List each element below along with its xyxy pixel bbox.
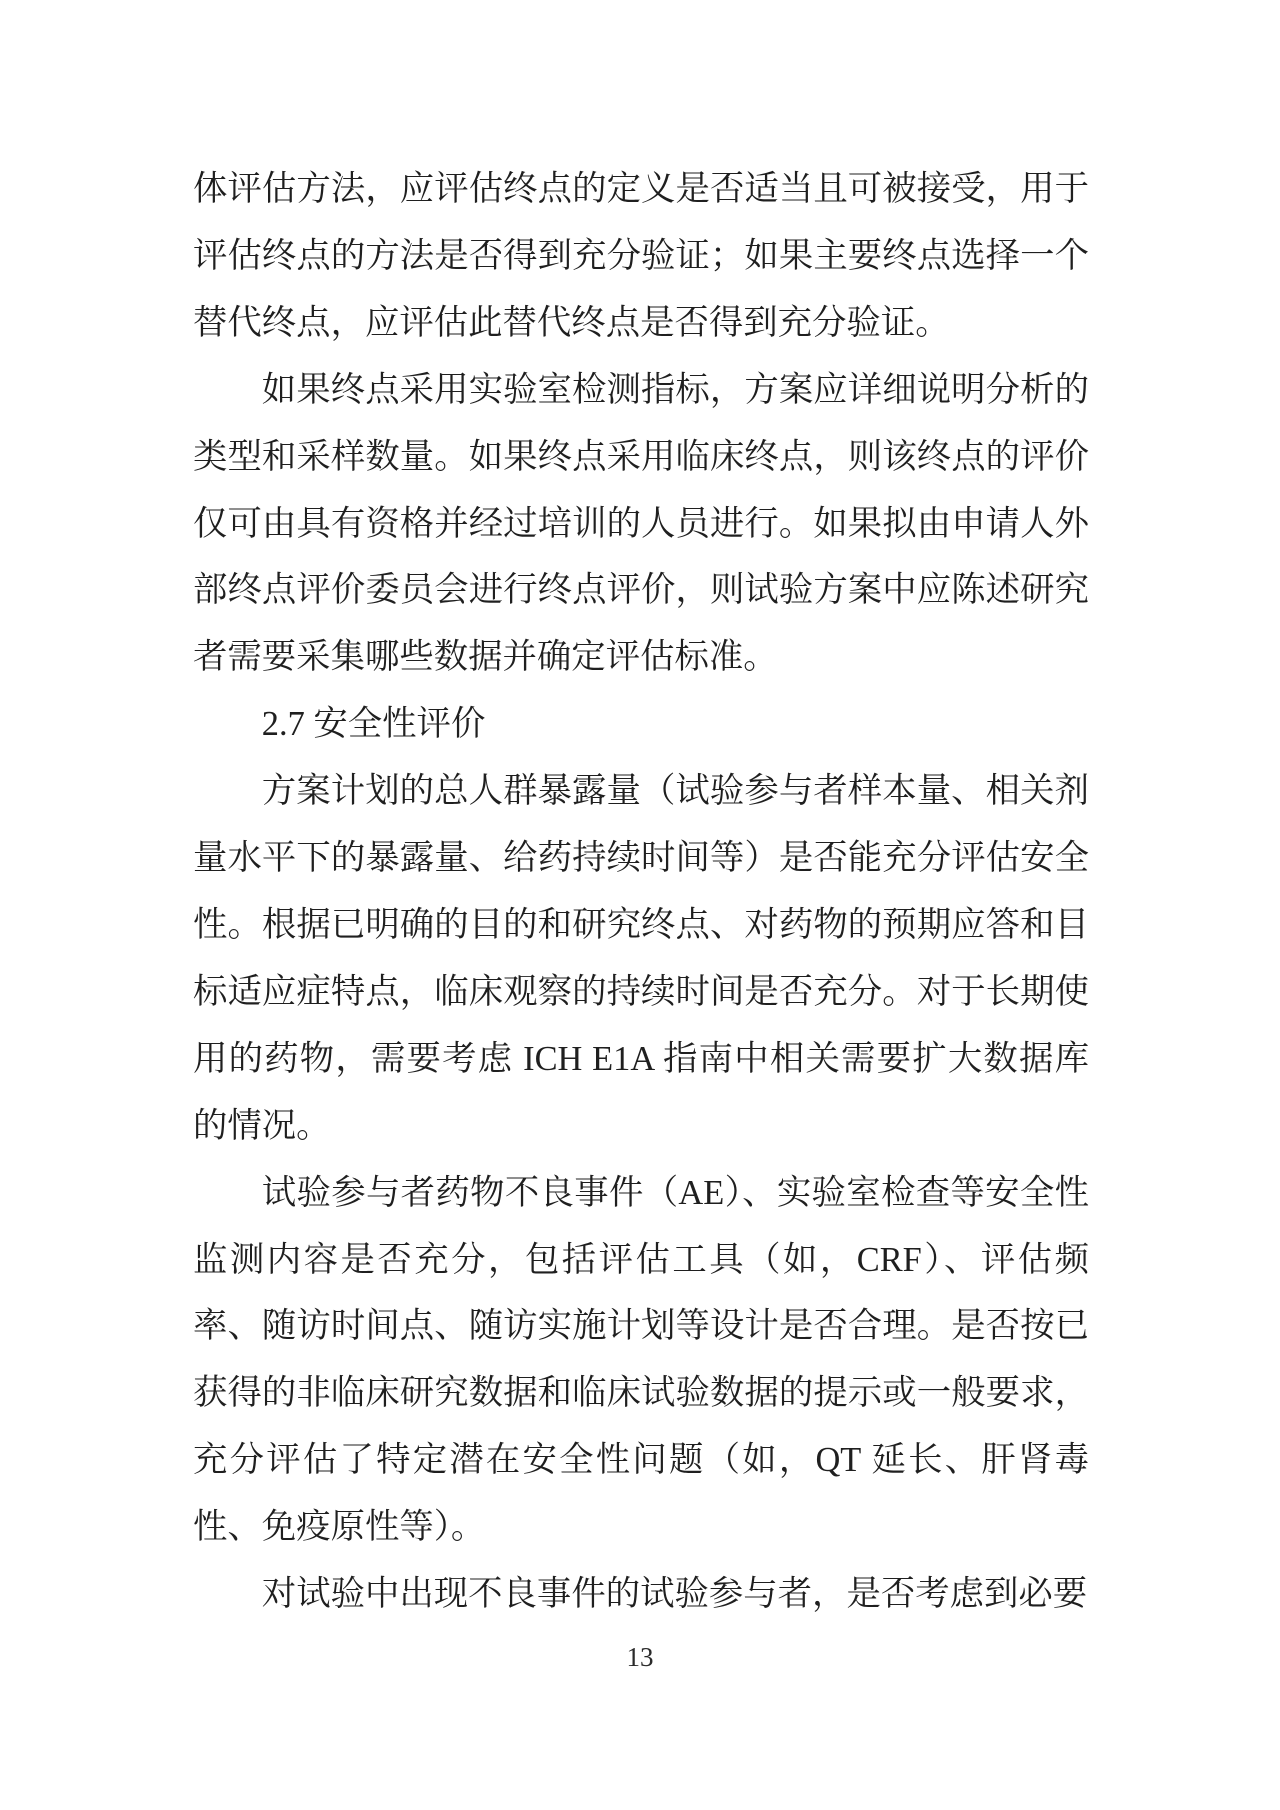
paragraph: 方案计划的总人群暴露量（试验参与者样本量、相关剂量水平下的暴露量、给药持续时间等… <box>193 758 1089 1159</box>
document-page: 体评估方法，应评估终点的定义是否适当且可被接受，用于评估终点的方法是否得到充分验… <box>0 0 1280 1810</box>
section-heading: 2.7 安全性评价 <box>193 691 1089 758</box>
page-number: 13 <box>627 1642 654 1672</box>
paragraph-continuation: 体评估方法，应评估终点的定义是否适当且可被接受，用于评估终点的方法是否得到充分验… <box>193 156 1089 357</box>
paragraph: 试验参与者药物不良事件（AE）、实验室检查等安全性监测内容是否充分，包括评估工具… <box>193 1160 1089 1561</box>
paragraph-cutoff: 对试验中出现不良事件的试验参与者，是否考虑到必要 <box>193 1561 1089 1628</box>
page-footer: 13 <box>0 1642 1280 1673</box>
paragraph: 如果终点采用实验室检测指标，方案应详细说明分析的类型和采样数量。如果终点采用临床… <box>193 357 1089 692</box>
text-block: 体评估方法，应评估终点的定义是否适当且可被接受，用于评估终点的方法是否得到充分验… <box>193 156 1089 1628</box>
